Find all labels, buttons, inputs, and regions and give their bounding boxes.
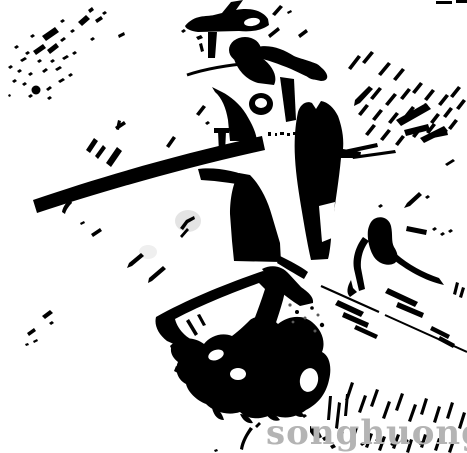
figure-tail-stroke [390, 249, 444, 285]
speckle-field-top-left [8, 7, 125, 100]
small-figure-right [347, 192, 453, 297]
corner-dashes-top-right [436, 0, 467, 4]
dark-pillar-right [295, 101, 361, 260]
artwork-canvas: songhuong [0, 0, 467, 453]
oar-shaft [280, 77, 296, 122]
j-curve-mark [240, 422, 261, 450]
ring-knot [249, 93, 273, 115]
watermark-text: songhuong [266, 413, 467, 453]
figure-dash [406, 226, 427, 235]
dark-pillar-left [198, 168, 308, 279]
ink-illustration: songhuong [0, 0, 467, 453]
